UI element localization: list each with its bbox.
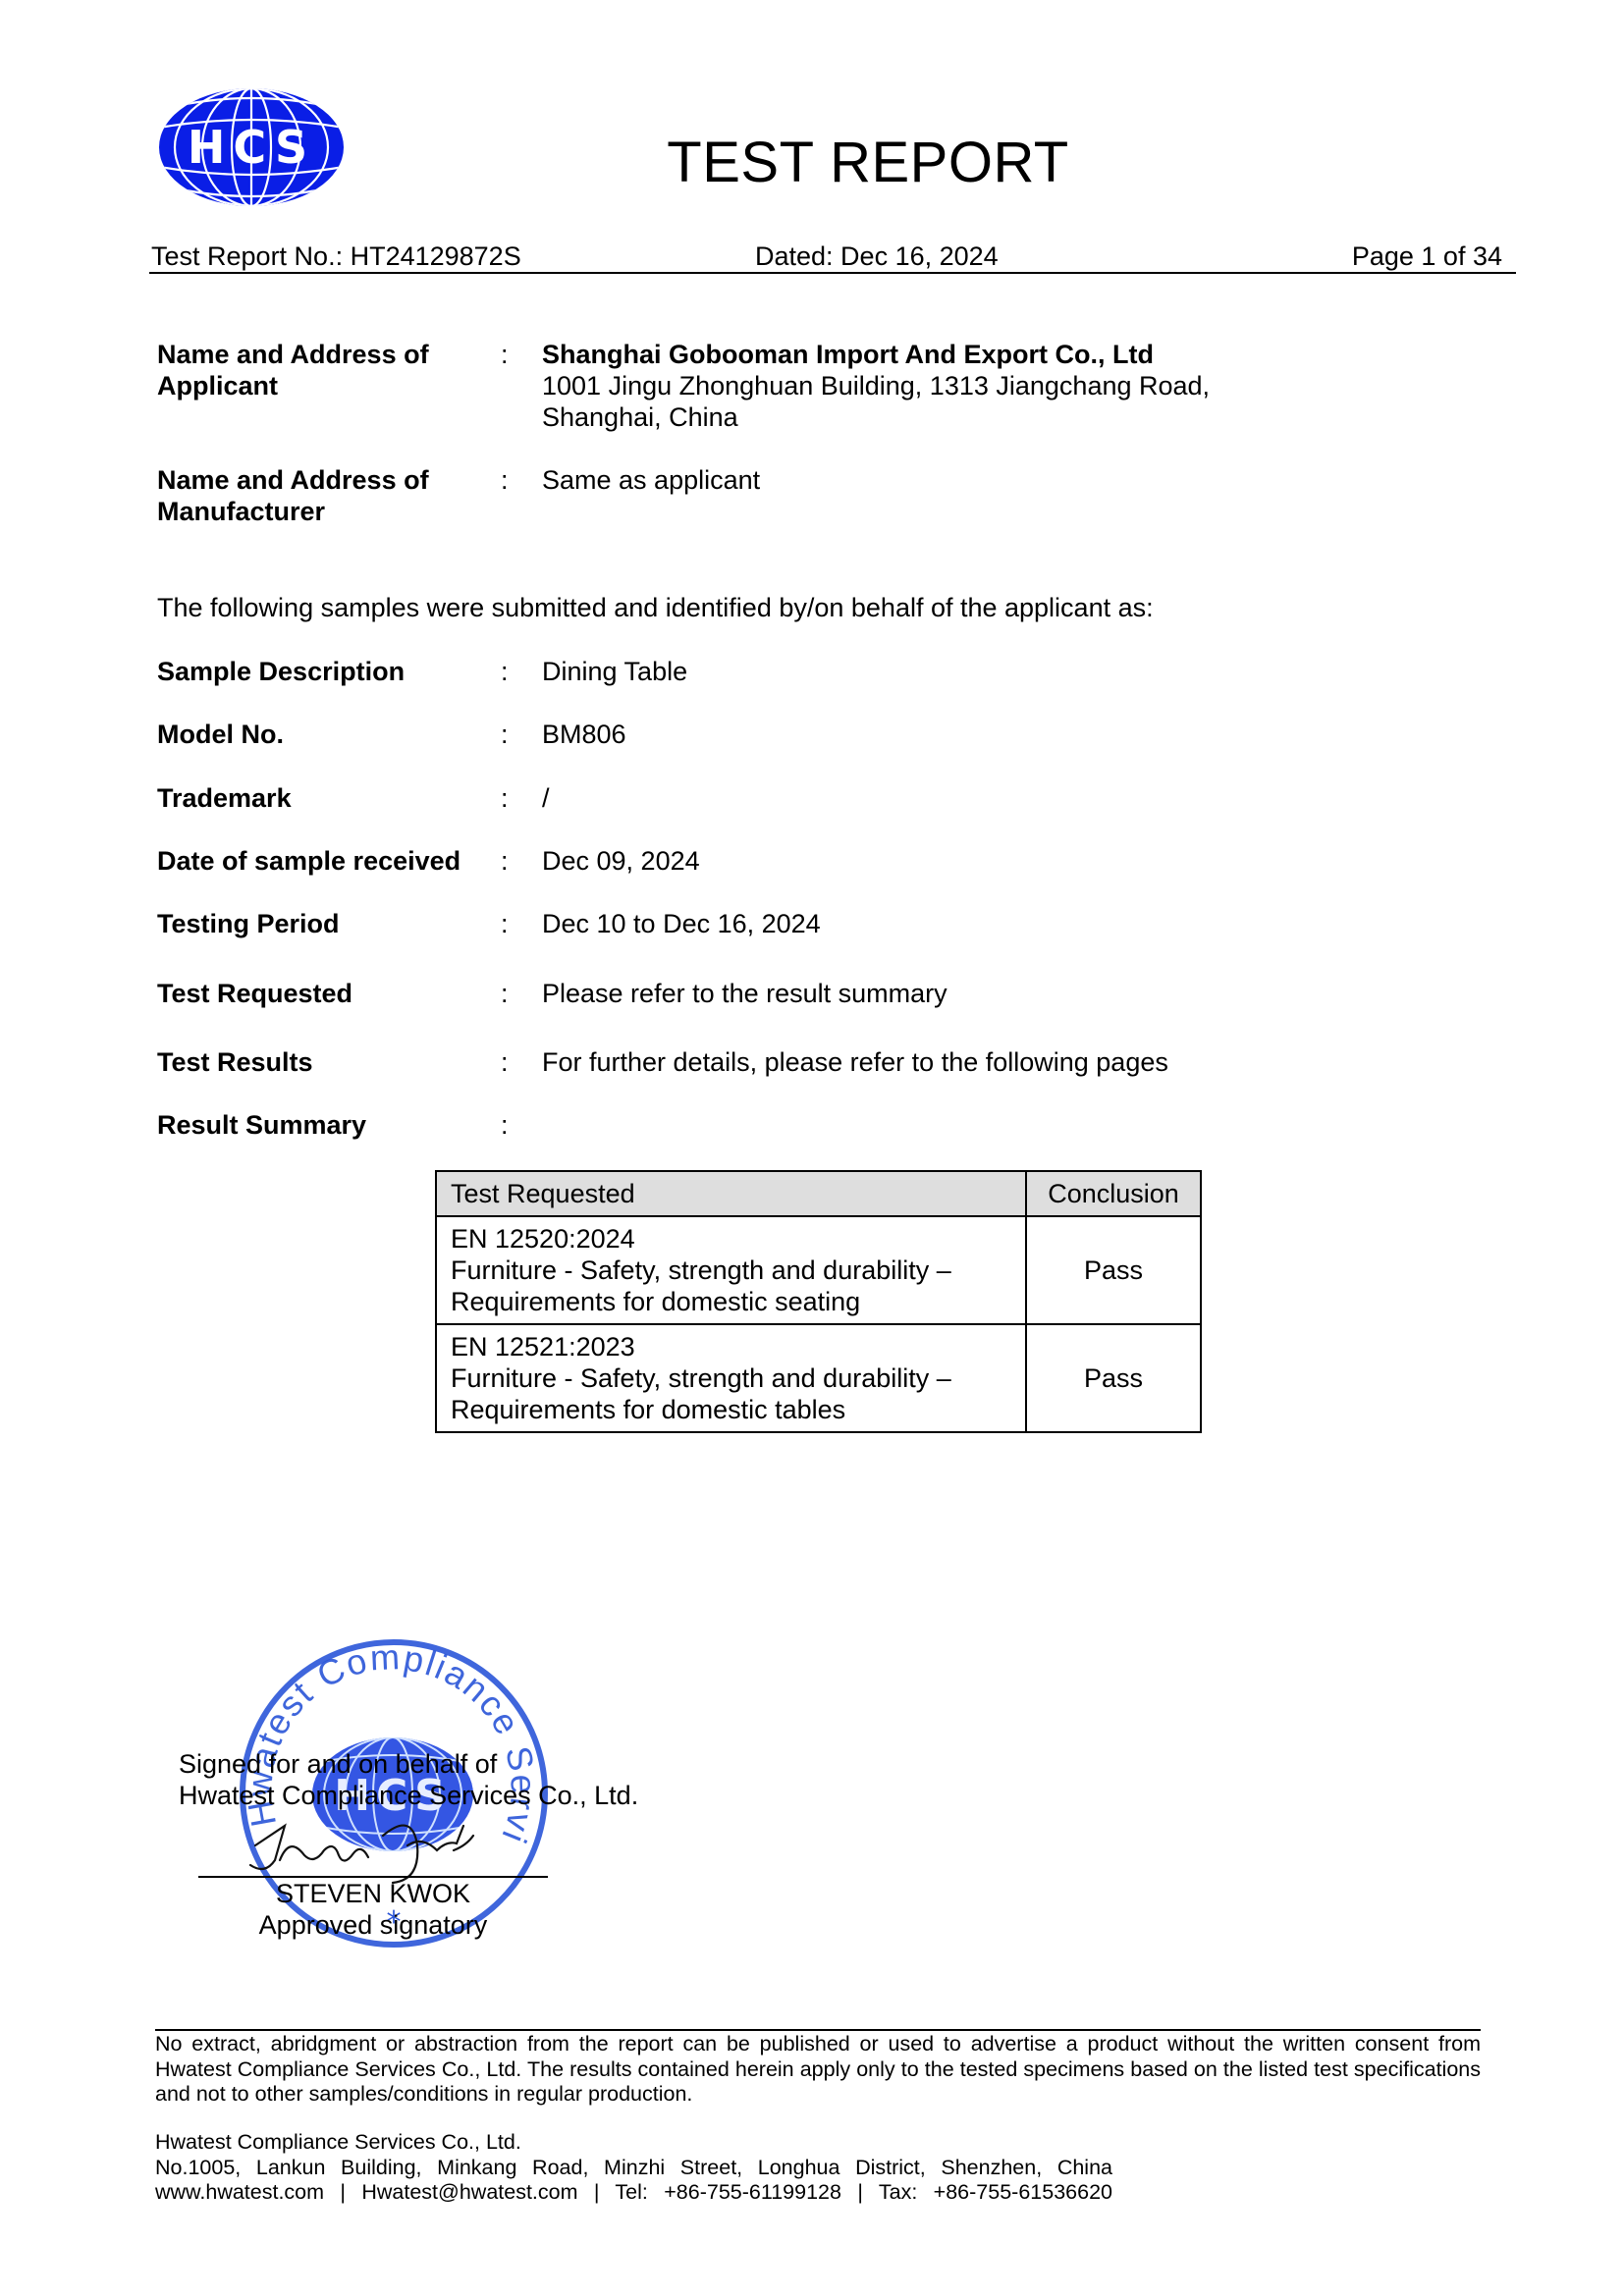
header-divider [149, 272, 1516, 274]
colon: : [501, 845, 509, 877]
signatory-role: Approved signatory [198, 1909, 548, 1941]
report-number: Test Report No.: HT24129872S [151, 241, 521, 272]
applicant-address-line2: Shanghai, China [542, 401, 1210, 433]
footer-address: No.1005, Lankun Building, Minkang Road, … [155, 2156, 1112, 2181]
field-value: / [542, 782, 550, 814]
applicant-value: Shanghai Gobooman Import And Export Co.,… [542, 339, 1210, 433]
footer-contact: www.hwatest.com | Hwatest@hwatest.com | … [155, 2180, 1112, 2206]
table-header-row: Test Requested Conclusion [436, 1171, 1201, 1216]
footer-company-info: Hwatest Compliance Services Co., Ltd. No… [155, 2130, 1112, 2206]
colon: : [501, 339, 509, 370]
footer-disclaimer: No extract, abridgment or abstraction fr… [155, 2032, 1481, 2108]
field-value: Dec 09, 2024 [542, 845, 700, 877]
table-row: EN 12520:2024 Furniture - Safety, streng… [436, 1216, 1201, 1324]
report-date: Dated: Dec 16, 2024 [755, 241, 999, 272]
manufacturer-value: Same as applicant [542, 464, 760, 496]
field-label: Testing Period [157, 908, 491, 939]
result-summary-table: Test Requested Conclusion EN 12520:2024 … [435, 1170, 1202, 1433]
colon: : [501, 782, 509, 814]
field-value: Please refer to the result summary [542, 978, 947, 1009]
colon: : [501, 908, 509, 939]
colon: : [501, 978, 509, 1009]
field-value: Dec 10 to Dec 16, 2024 [542, 908, 821, 939]
colon: : [501, 1109, 509, 1141]
footer-company: Hwatest Compliance Services Co., Ltd. [155, 2130, 1112, 2156]
field-label: Test Requested [157, 978, 491, 1009]
signed-on-behalf: Signed for and on behalf of Hwatest Comp… [179, 1748, 638, 1811]
test-description: Furniture - Safety, strength and durabil… [451, 1362, 1011, 1394]
field-label: Test Results [157, 1046, 491, 1078]
colon: : [501, 656, 509, 687]
applicant-label: Name and Address of Applicant [157, 339, 491, 401]
field-label: Trademark [157, 782, 491, 814]
column-header-test-requested: Test Requested [436, 1171, 1026, 1216]
field-label: Sample Description [157, 656, 491, 687]
table-row: EN 12521:2023 Furniture - Safety, streng… [436, 1324, 1201, 1432]
test-cell: EN 12521:2023 Furniture - Safety, streng… [436, 1324, 1026, 1432]
test-cell: EN 12520:2024 Furniture - Safety, streng… [436, 1216, 1026, 1324]
colon: : [501, 464, 509, 496]
test-standard: EN 12520:2024 [451, 1223, 1011, 1255]
field-label: Result Summary [157, 1109, 491, 1141]
manufacturer-label: Name and Address of Manufacturer [157, 464, 491, 527]
test-standard: EN 12521:2023 [451, 1331, 1011, 1362]
page-number: Page 1 of 34 [1352, 241, 1502, 272]
column-header-conclusion: Conclusion [1026, 1171, 1201, 1216]
conclusion-cell: Pass [1026, 1324, 1201, 1432]
footer-divider [155, 2029, 1481, 2031]
test-description: Furniture - Safety, strength and durabil… [451, 1255, 1011, 1286]
conclusion-cell: Pass [1026, 1216, 1201, 1324]
field-value: Dining Table [542, 656, 687, 687]
report-title: TEST REPORT [0, 130, 1624, 195]
test-description: Requirements for domestic seating [451, 1286, 1011, 1317]
handwritten-signature [245, 1806, 481, 1885]
field-value: BM806 [542, 719, 626, 750]
field-value: For further details, please refer to the… [542, 1046, 1168, 1078]
applicant-address-line1: 1001 Jingu Zhonghuan Building, 1313 Jian… [542, 370, 1210, 401]
signatory-name: STEVEN KWOK [198, 1878, 548, 1909]
colon: : [501, 719, 509, 750]
field-label: Model No. [157, 719, 491, 750]
applicant-name: Shanghai Gobooman Import And Export Co.,… [542, 339, 1210, 370]
intro-text: The following samples were submitted and… [157, 592, 1154, 623]
test-description: Requirements for domestic tables [451, 1394, 1011, 1425]
field-label: Date of sample received [157, 845, 491, 877]
colon: : [501, 1046, 509, 1078]
